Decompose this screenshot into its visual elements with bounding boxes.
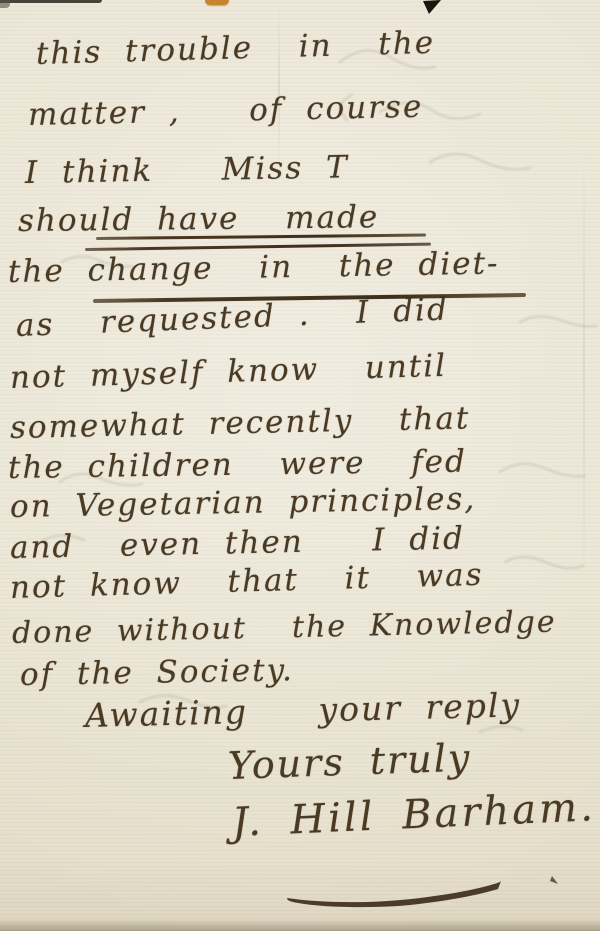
paper-crease — [278, 0, 280, 170]
letter-line: this trouble in the — [35, 25, 435, 72]
letter-line: somewhat recently that — [10, 400, 471, 446]
letter-line: the children were fed — [8, 444, 467, 486]
letter-line: done without the Knowledge — [12, 605, 557, 651]
letter-line-underlined: should have made — [18, 199, 380, 239]
paper-edge-mark — [0, 0, 10, 8]
letter-line-underlined: the change in the diet- — [8, 245, 500, 290]
paper-bottom-shadow — [0, 919, 600, 931]
letter-line: matter , of course — [28, 89, 424, 133]
signature: J. Hill Barham. — [231, 784, 597, 846]
letter-line: of the Society. — [20, 652, 294, 693]
letter-page: this trouble in the matter , of course I… — [0, 0, 600, 931]
orange-fleck — [205, 0, 229, 5]
paper-crease — [583, 130, 585, 600]
letter-line: on Vegetarian principles, — [10, 481, 477, 525]
letter-line: I think Miss T — [25, 149, 349, 191]
valediction-line: Yours truly — [227, 736, 472, 788]
paper-edge-mark — [0, 0, 102, 3]
letter-line: not myself know until — [9, 348, 447, 396]
closing-line: Awaiting your reply — [85, 685, 522, 735]
